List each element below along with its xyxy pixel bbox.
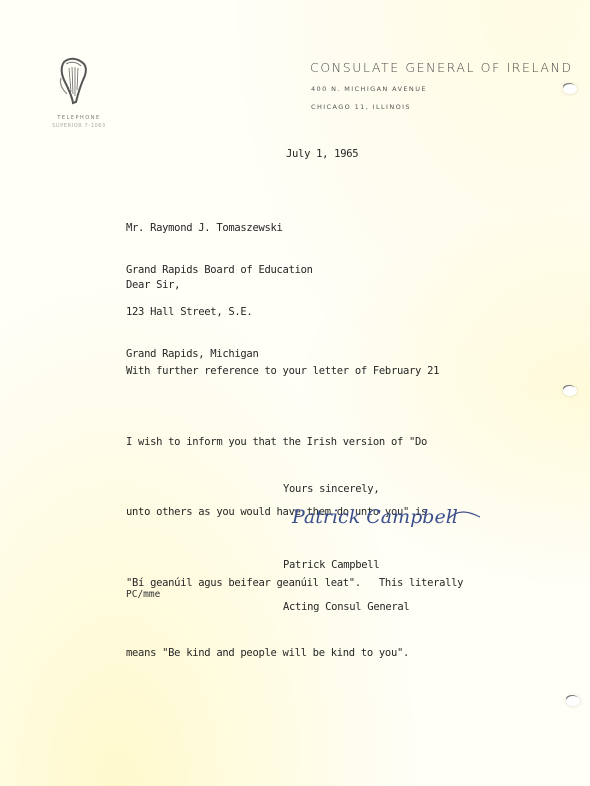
telephone-number: SUPERIOR 7-1063 (44, 122, 114, 130)
signer-title: Acting Consul General (283, 600, 409, 614)
body-line: I wish to inform you that the Irish vers… (126, 431, 463, 455)
body-line: With further reference to your letter of… (126, 360, 463, 384)
letter-page: TELEPHONE SUPERIOR 7-1063 CONSULATE GENE… (0, 0, 590, 786)
salutation: Dear Sir, (126, 278, 180, 292)
letterhead-address-street: 400 N. MICHIGAN AVENUE (311, 85, 427, 93)
letterhead-address-city: CHICAGO 11, ILLINOIS (311, 103, 411, 111)
telephone-block: TELEPHONE SUPERIOR 7-1063 (44, 114, 114, 130)
harp-icon (56, 56, 90, 106)
recipient-line: Mr. Raymond J. Tomaszewski (126, 221, 313, 235)
body-line: means "Be kind and people will be kind t… (126, 642, 463, 666)
punch-hole (566, 696, 580, 706)
punch-hole (563, 386, 577, 396)
letter-date: July 1, 1965 (286, 147, 358, 161)
closing: Yours sincerely, (283, 482, 379, 496)
reference-initials: PC/mme (126, 589, 160, 600)
signature-text: Patrick Campbell (291, 506, 458, 528)
signer-block: Patrick Campbell Acting Consul General (283, 530, 409, 642)
signer-name: Patrick Campbell (283, 558, 409, 572)
letterhead-title: CONSULATE GENERAL OF IRELAND (310, 60, 573, 75)
recipient-line: Grand Rapids Board of Education (126, 263, 313, 277)
telephone-label: TELEPHONE (44, 114, 114, 122)
punch-hole (563, 84, 577, 94)
